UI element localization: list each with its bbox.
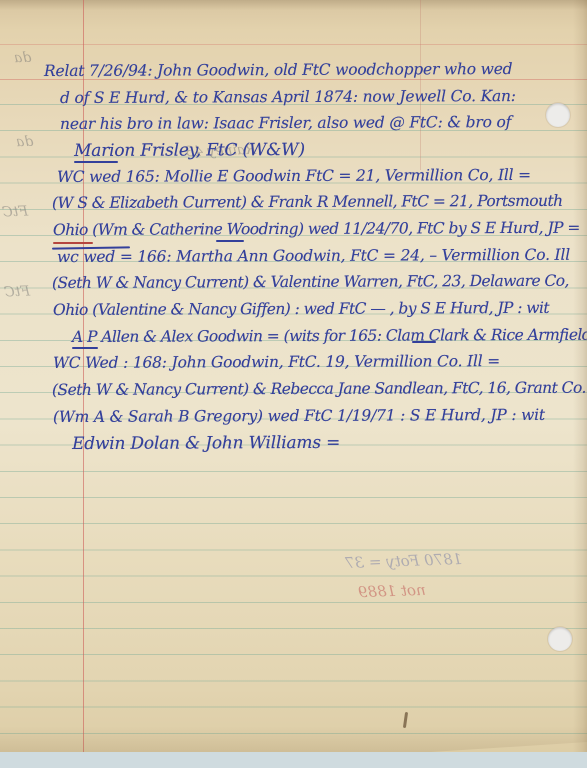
handwritten-line: Edwin Dolan & John Williams = [72, 433, 340, 454]
handwritten-line: d of S E Hurd, & to Kansas April 1874: n… [60, 87, 516, 107]
handwritten-line: (Wm A & Sarah B Gregory) wed FtC 1/19/71… [53, 406, 545, 426]
bleed-through-text: not 1889 [358, 581, 426, 601]
handwritten-line: A P Allen & Alex Goodwin = (wits for 165… [72, 326, 587, 346]
handwritten-line: Ohio (Valentine & Nancy Giffen) : wed Ft… [53, 299, 549, 319]
red-header-line-1 [0, 44, 587, 45]
ink-underline-ap [72, 347, 98, 349]
handwritten-line: Marion Frisley, FtC (W&W) [74, 140, 305, 161]
handwritten-line: WC Wed : 168: John Goodwin, FtC. 19, Ver… [53, 352, 500, 372]
handwritten-line: (Seth W & Nancy Current) & Rebecca Jane … [52, 379, 587, 399]
paper-top-edge-shading [0, 0, 587, 10]
punch-hole [546, 103, 570, 127]
ink-underline-wed [216, 240, 244, 242]
bleed-through-text: FtC [4, 284, 31, 301]
handwritten-line: (Seth W & Nancy Current) & Valentine War… [52, 272, 569, 292]
ink-underline-165 [412, 341, 436, 343]
paper-crease [420, 0, 421, 170]
handwritten-line: Relat 7/26/94: John Goodwin, old FtC woo… [44, 60, 512, 80]
bleed-through-text: da [16, 134, 34, 151]
handwritten-line: near his bro in law: Isaac Frisler, also… [60, 113, 511, 133]
ink-underline-marion [74, 161, 118, 163]
punch-hole [548, 627, 572, 651]
paper-right-edge-shading [573, 0, 587, 752]
bleed-through-text: da [14, 50, 32, 67]
red-underline-ohio [53, 242, 93, 244]
scanner-background [0, 752, 587, 768]
handwritten-line: (W S & Elizabeth Current) & Frank R Menn… [52, 192, 563, 212]
bleed-through-text: FtC [2, 204, 29, 221]
notebook-page: da da FtC FtC Rainey 43 1870 Foty = 37 n… [0, 0, 587, 768]
handwritten-line: WC wed 165: Mollie E Goodwin FtC = 21, V… [57, 166, 531, 186]
handwritten-line: Ohio (Wm & Catherine Woodring) wed 11/24… [53, 219, 580, 239]
handwritten-line: wc wed = 166: Martha Ann Goodwin, FtC = … [57, 246, 570, 266]
